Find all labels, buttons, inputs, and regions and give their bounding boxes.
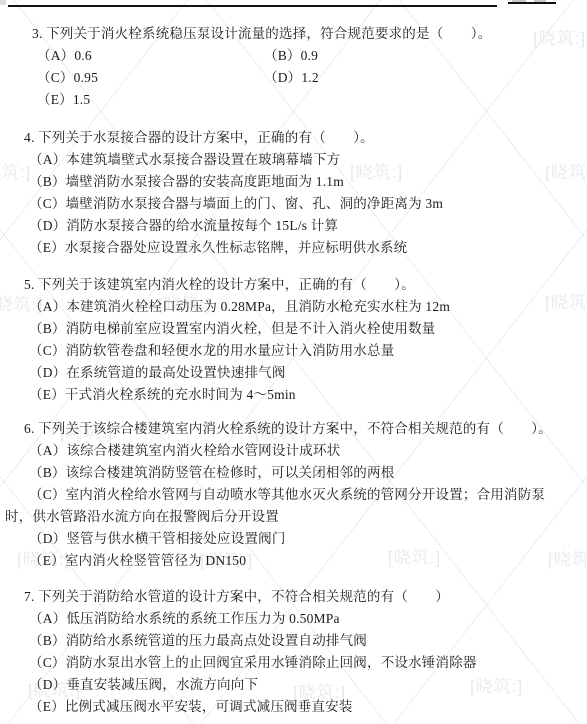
option-line: （A）该综合楼建筑室内消火栓给水管网设计成环状: [0, 440, 587, 462]
option-line: （A）低压消防给水系统的系统工作压力为 0.50MPa: [0, 608, 587, 630]
option-line: （C）室内消火栓给水管网与自动喷水等其他水灭火系统的管网分开设置；合用消防泵: [0, 484, 587, 506]
question-3-option-row: （C）0.95（D）1.2: [0, 67, 587, 89]
question-3-stem: 3. 下列关于消火栓系统稳压泵设计流量的选择，符合规范要求的是（ ）。: [0, 23, 587, 45]
option-line: （B）消防给水系统管道的压力最高点处设置自动排气阀: [0, 630, 587, 652]
header-rule-right: [508, 2, 556, 4]
question-4-stem: 4. 下列关于水泵接合器的设计方案中，正确的有（ ）。: [0, 127, 587, 149]
option-line: （C）0.95: [37, 67, 264, 89]
option-line: （E）水泵接合器处应设置永久性标志铭牌，并应标明供水系统: [0, 237, 587, 259]
option-line: （E）1.5: [37, 92, 90, 107]
question-7-stem: 7. 下列关于消防给水管道的设计方案中，不符合相关规范的有（ ）: [0, 586, 587, 608]
option-line: （B）该综合楼建筑消防竖管在检修时，可以关闭相邻的两根: [0, 462, 587, 484]
option-line: （B）墙壁消防水泵接合器的安装高度距地面为 1.1m: [0, 171, 587, 193]
question-5-stem: 5. 下列关于该建筑室内消火栓的设计方案中，正确的有（ ）。: [0, 274, 587, 296]
cropped-header-text-fragment: [512, 0, 526, 2]
question-4: 4. 下列关于水泵接合器的设计方案中，正确的有（ ）。（A）本建筑墙壁式水泵接合…: [0, 127, 587, 259]
question-3-option-row: （A）0.6（B）0.9: [0, 45, 587, 67]
option-line: （D）竖管与供水横干管相接处应设置阀门: [0, 528, 587, 550]
option-line: （A）0.6: [37, 45, 264, 67]
question-3-option-row: （E）1.5: [0, 89, 587, 111]
option-line: （E）干式消火栓系统的充水时间为 4～5min: [0, 384, 587, 406]
option-line: （D）1.2: [264, 70, 319, 85]
option-line: （B）消防电梯前室应设置室内消火栓，但是不计入消火栓使用数量: [0, 318, 587, 340]
question-6: 6. 下列关于该综合楼建筑室内消火栓系统的设计方案中，不符合相关规范的有（ ）。…: [0, 418, 587, 572]
question-5: 5. 下列关于该建筑室内消火栓的设计方案中，正确的有（ ）。（A）本建筑消火栓栓…: [0, 274, 587, 406]
exam-document-page: [晓筑:][晓筑:][晓筑:][晓筑:][晓筑:][晓筑:][晓筑:][晓筑:]…: [0, 0, 587, 724]
header-rule: [8, 5, 497, 7]
option-line: （C）墙壁消防水泵接合器与墙面上的门、窗、孔、洞的净距离为 3m: [0, 193, 587, 215]
option-line: （A）本建筑墙壁式水泵接合器设置在玻璃幕墙下方: [0, 149, 587, 171]
option-line: （C）消防水泵出水管上的止回阀宜采用水锤消除止回阀，不设水锤消除器: [0, 652, 587, 674]
option-line: （C）消防软管卷盘和轻便水龙的用水量应计入消防用水总量: [0, 340, 587, 362]
option-line: （D）垂直安装减压阀，水流方向向下: [0, 674, 587, 696]
page-edge-artifact: [0, 0, 6, 5]
option-line: （D）在系统管道的最高处设置快速排气阀: [0, 362, 587, 384]
option-line: （E）室内消火栓竖管管径为 DN150: [0, 550, 587, 572]
cropped-header-text-fragment: [534, 0, 546, 2]
option-line: （A）本建筑消火栓栓口动压为 0.28MPa，且消防水枪充实水柱为 12m: [0, 296, 587, 318]
question-6-stem: 6. 下列关于该综合楼建筑室内消火栓系统的设计方案中，不符合相关规范的有（ ）。: [0, 418, 587, 440]
option-line: （B）0.9: [264, 48, 318, 63]
option-line: （D）消防水泵接合器的给水流量按每个 15L/s 计算: [0, 215, 587, 237]
question-3: 3. 下列关于消火栓系统稳压泵设计流量的选择，符合规范要求的是（ ）。（A）0.…: [0, 23, 587, 111]
option-line: （E）比例式减压阀水平安装，可调式减压阀垂直安装: [0, 696, 587, 718]
question-7: 7. 下列关于消防给水管道的设计方案中，不符合相关规范的有（ ）（A）低压消防给…: [0, 586, 587, 718]
option-line-continuation: 时，供水管路沿水流方向在报警阀后分开设置: [0, 506, 587, 528]
questions-content: 3. 下列关于消火栓系统稳压泵设计流量的选择，符合规范要求的是（ ）。（A）0.…: [0, 23, 587, 718]
